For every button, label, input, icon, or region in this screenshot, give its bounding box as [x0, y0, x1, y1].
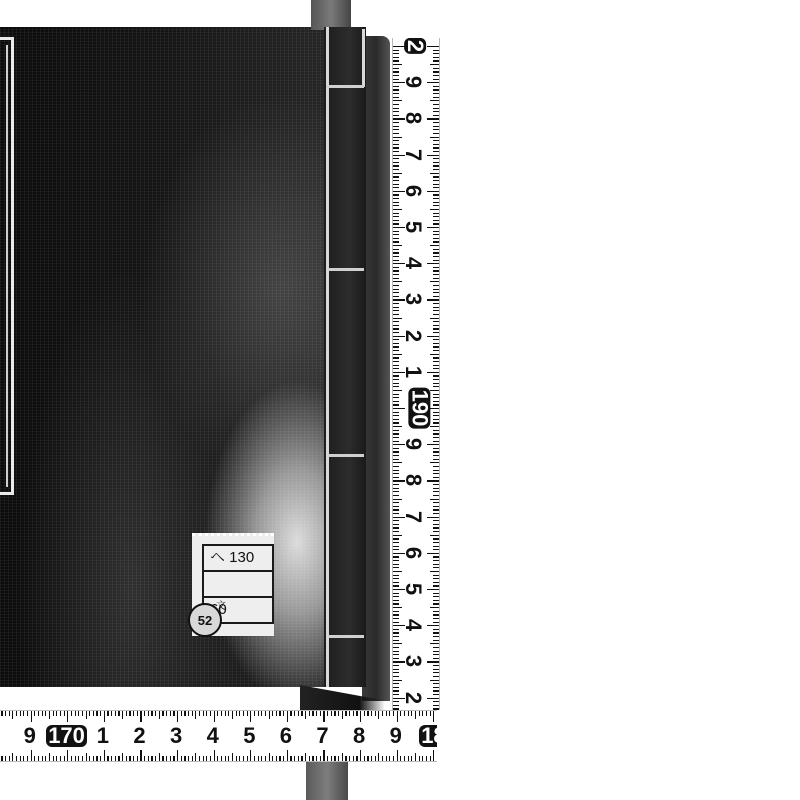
- ruler-tick: [433, 292, 439, 293]
- ruler-tick: [433, 560, 439, 561]
- ruler-tick: [433, 151, 439, 152]
- ruler-tick: [433, 488, 439, 489]
- ruler-tick: [148, 756, 149, 761]
- ruler-tick: [312, 756, 313, 761]
- ruler-tick: [192, 711, 193, 716]
- ruler-tick: [433, 256, 439, 257]
- ruler-tick: [393, 281, 402, 282]
- ruler-tick: [393, 484, 399, 485]
- ruler-tick: [433, 198, 439, 199]
- ruler-tick: [433, 531, 439, 532]
- ruler-tick: [389, 756, 390, 761]
- ruler-tick: [393, 223, 399, 224]
- ruler-tick: [430, 499, 439, 500]
- ruler-tick: [433, 513, 439, 514]
- ruler-tick: [393, 694, 399, 695]
- ruler-tick: [393, 441, 399, 442]
- ruler-tick: [430, 100, 439, 101]
- ruler-tick: [393, 245, 402, 246]
- ruler-tick: [221, 756, 222, 761]
- ruler-tick: [140, 711, 141, 722]
- ruler-tick: [342, 711, 343, 719]
- ruler-tick: [345, 756, 346, 761]
- ruler-tick: [411, 711, 412, 716]
- ruler-tick: [181, 756, 182, 761]
- ruler-tick: [316, 756, 317, 761]
- ruler-tick: [427, 263, 439, 264]
- ruler-tick: [433, 495, 439, 496]
- ruler-tick: [393, 129, 399, 130]
- ruler-tick: [433, 564, 439, 565]
- ruler-tick: [31, 750, 32, 761]
- ruler-tick: [422, 756, 423, 761]
- ruler-tick: [400, 756, 401, 761]
- ruler-tick: [56, 711, 57, 716]
- ruler-tick: [232, 711, 233, 719]
- ruler-label: 18: [419, 725, 437, 747]
- ruler-label: 6: [402, 185, 424, 197]
- ruler-tick: [144, 756, 145, 761]
- ruler-tick: [393, 654, 399, 655]
- ruler-tick: [393, 361, 399, 362]
- ruler-tick: [64, 711, 65, 716]
- ruler-tick: [433, 466, 439, 467]
- ruler-tick: [393, 176, 399, 177]
- ruler-tick: [393, 455, 399, 456]
- ruler-tick: [393, 422, 399, 423]
- ruler-tick: [107, 711, 108, 716]
- ruler-tick: [20, 756, 21, 761]
- ruler-label: 9: [402, 438, 424, 450]
- ruler-tick: [393, 173, 402, 174]
- ruler-tick: [140, 750, 141, 761]
- ruler-tick: [393, 205, 399, 206]
- ruler-tick: [433, 401, 439, 402]
- ruler-tick: [331, 756, 332, 761]
- ruler-tick: [433, 361, 439, 362]
- ruler-tick: [254, 756, 255, 761]
- ruler-tick: [349, 756, 350, 761]
- ruler-tick: [433, 357, 439, 358]
- ruler-tick: [393, 285, 399, 286]
- ruler-tick: [422, 711, 423, 716]
- ruler-tick: [203, 711, 204, 716]
- ruler-tick: [393, 249, 399, 250]
- ruler-tick: [382, 756, 383, 761]
- ruler-tick: [433, 654, 439, 655]
- ruler-tick: [433, 502, 439, 503]
- ruler-tick: [221, 711, 222, 716]
- ruler-label: 3: [402, 655, 424, 667]
- ruler-tick: [393, 278, 399, 279]
- ruler-label: 2: [404, 38, 426, 54]
- ruler-tick: [433, 158, 439, 159]
- ruler-tick: [327, 711, 328, 716]
- ruler-tick: [393, 133, 399, 134]
- ruler-tick: [433, 122, 439, 123]
- ruler-tick: [433, 260, 439, 261]
- ruler-tick: [56, 756, 57, 761]
- ruler-tick: [309, 756, 310, 761]
- ruler-tick: [433, 575, 439, 576]
- ruler-tick: [433, 339, 439, 340]
- ruler-tick: [433, 216, 439, 217]
- ruler-tick: [393, 560, 399, 561]
- ruler-tick: [419, 756, 420, 761]
- ruler-tick: [393, 426, 402, 427]
- ruler-tick: [393, 89, 399, 90]
- ruler-tick: [393, 531, 399, 532]
- ruler-tick: [393, 140, 399, 141]
- ruler-tick: [430, 607, 439, 608]
- ruler-label: 190: [408, 388, 430, 429]
- ruler-tick: [393, 488, 399, 489]
- ruler-tick: [433, 165, 439, 166]
- ruler-tick: [89, 756, 90, 761]
- ruler-tick: [393, 354, 402, 355]
- ruler-tick: [386, 711, 387, 716]
- ruler-tick: [433, 184, 439, 185]
- ruler-tick: [433, 307, 439, 308]
- ruler-tick: [393, 513, 399, 514]
- ruler-tick: [427, 625, 439, 626]
- ruler-tick: [236, 756, 237, 761]
- ruler-tick: [393, 603, 399, 604]
- ruler-tick: [320, 711, 321, 716]
- ruler-tick: [393, 209, 402, 210]
- ruler-tick: [393, 538, 399, 539]
- ruler-tick: [42, 756, 43, 761]
- ruler-label: 6: [402, 547, 424, 559]
- ruler-tick: [133, 711, 134, 716]
- ruler-tick: [393, 651, 399, 652]
- ruler-tick: [345, 711, 346, 716]
- ruler-tick: [433, 404, 439, 405]
- ruler-tick: [430, 756, 431, 761]
- ruler-tick: [312, 711, 313, 716]
- ruler-tick: [430, 64, 439, 65]
- ruler-tick: [393, 394, 399, 395]
- ruler-tick: [433, 238, 439, 239]
- ruler-tick: [356, 756, 357, 761]
- ruler-tick: [367, 756, 368, 761]
- ruler-tick: [433, 484, 439, 485]
- ruler-tick: [250, 750, 251, 761]
- ruler-tick: [433, 314, 439, 315]
- ruler-tick: [148, 711, 149, 716]
- ruler-tick: [433, 672, 439, 673]
- ruler-tick: [195, 711, 196, 719]
- ruler-tick: [217, 711, 218, 716]
- ruler-tick: [393, 556, 399, 557]
- ruler-tick: [71, 756, 72, 761]
- ruler-tick: [75, 711, 76, 716]
- ruler-tick: [393, 202, 399, 203]
- ruler-tick: [393, 165, 399, 166]
- ruler-tick: [393, 412, 399, 413]
- ruler-tick: [433, 415, 439, 416]
- ruler-tick: [192, 756, 193, 761]
- ruler-tick: [393, 408, 405, 409]
- ruler-tick: [393, 350, 399, 351]
- ruler-tick: [243, 756, 244, 761]
- ruler-tick: [86, 711, 87, 719]
- ruler-tick: [111, 711, 112, 716]
- ruler-tick: [427, 299, 439, 300]
- ruler-tick: [64, 756, 65, 761]
- binding-thread-vertical: [326, 27, 329, 687]
- ruler-tick: [364, 756, 365, 761]
- ruler-tick: [433, 603, 439, 604]
- ruler-tick: [393, 97, 399, 98]
- ruler-tick: [393, 343, 399, 344]
- ruler-tick: [427, 553, 439, 554]
- ruler-tick: [433, 234, 439, 235]
- ruler-tick: [415, 711, 416, 719]
- ruler-tick: [93, 711, 94, 716]
- ruler-tick: [393, 115, 399, 116]
- ruler-label: 2: [133, 725, 145, 747]
- ruler-tick: [393, 274, 399, 275]
- ruler-tick: [393, 524, 399, 525]
- ruler-tick: [34, 756, 35, 761]
- ruler-tick: [393, 701, 399, 702]
- ruler-label: 4: [207, 725, 219, 747]
- ruler-tick: [199, 756, 200, 761]
- ruler-tick: [433, 506, 439, 507]
- ruler-tick: [433, 252, 439, 253]
- ruler-tick: [427, 82, 439, 83]
- ruler-label: 170: [46, 725, 87, 747]
- ruler-tick: [393, 756, 394, 761]
- ruler-tick: [217, 756, 218, 761]
- ruler-tick: [433, 578, 439, 579]
- ruler-label: 2: [402, 329, 424, 341]
- ruler-tick: [393, 437, 399, 438]
- ruler-tick: [393, 622, 399, 623]
- ruler-tick: [393, 50, 399, 51]
- ruler-tick: [228, 756, 229, 761]
- ruler-tick: [290, 756, 291, 761]
- ruler-tick: [356, 711, 357, 716]
- ruler-tick: [397, 711, 398, 722]
- ruler-tick: [67, 711, 68, 722]
- ruler-label: 5: [243, 725, 255, 747]
- ruler-tick: [433, 220, 439, 221]
- ruler-tick: [393, 57, 399, 58]
- ruler-tick: [393, 267, 399, 268]
- ruler-tick: [393, 415, 399, 416]
- ruler-tick: [433, 750, 434, 761]
- ruler-label: 7: [316, 725, 328, 747]
- ruler-tick: [93, 756, 94, 761]
- ruler-tick: [287, 711, 288, 722]
- ruler-tick: [60, 756, 61, 761]
- ruler-tick: [393, 459, 399, 460]
- ruler-tick: [162, 711, 163, 716]
- ruler-tick: [393, 705, 399, 706]
- ruler-tick: [433, 249, 439, 250]
- ruler-tick: [433, 520, 439, 521]
- ruler-tick: [393, 585, 399, 586]
- ruler-tick: [393, 147, 399, 148]
- ruler-tick: [298, 756, 299, 761]
- ruler-tick: [430, 137, 439, 138]
- ruler-tick: [393, 213, 399, 214]
- ruler-tick: [433, 600, 439, 601]
- ruler-tick: [338, 711, 339, 716]
- ruler-tick: [258, 711, 259, 716]
- ruler-tick: [393, 567, 399, 568]
- ruler-tick: [393, 383, 399, 384]
- ruler-tick: [433, 93, 439, 94]
- ruler-tick: [433, 647, 439, 648]
- ruler-tick: [393, 636, 399, 637]
- ruler-tick: [269, 753, 270, 761]
- ruler-tick: [430, 571, 439, 572]
- ruler-tick: [433, 147, 439, 148]
- ruler-tick: [433, 115, 439, 116]
- ruler-tick: [433, 383, 439, 384]
- ruler-tick: [96, 756, 97, 761]
- ruler-tick: [393, 86, 399, 87]
- ruler-tick: [433, 111, 439, 112]
- ruler-tick: [71, 711, 72, 716]
- ruler-tick: [316, 711, 317, 716]
- ruler-tick: [173, 711, 174, 716]
- ruler-tick: [433, 274, 439, 275]
- ruler-tick: [433, 556, 439, 557]
- ruler-tick: [433, 241, 439, 242]
- ruler-tick: [137, 756, 138, 761]
- ruler-tick: [393, 669, 399, 670]
- ruler-tick: [166, 711, 167, 716]
- ruler-tick: [349, 711, 350, 716]
- ruler-tick: [353, 711, 354, 716]
- ruler-tick: [433, 491, 439, 492]
- ruler-tick: [279, 711, 280, 716]
- ruler-tick: [393, 687, 399, 688]
- ruler-tick: [393, 419, 399, 420]
- ruler-tick: [31, 711, 32, 722]
- ruler-tick: [433, 379, 439, 380]
- ruler-tick: [433, 346, 439, 347]
- ruler-tick: [433, 585, 439, 586]
- ruler-tick: [393, 390, 402, 391]
- ruler-tick: [327, 756, 328, 761]
- ruler-tick: [206, 711, 207, 716]
- ruler-tick: [5, 711, 6, 716]
- ruler-tick: [115, 756, 116, 761]
- ruler-tick: [393, 611, 399, 612]
- ruler-tick: [393, 151, 399, 152]
- ruler-tick: [371, 711, 372, 716]
- ruler-tick: [433, 202, 439, 203]
- ruler-label: 3: [402, 293, 424, 305]
- ruler-tick: [250, 711, 251, 722]
- ruler-tick: [301, 711, 302, 716]
- ruler-tick: [393, 658, 399, 659]
- ruler-tick: [320, 756, 321, 761]
- ruler-tick: [23, 711, 24, 716]
- ruler-tick: [433, 350, 439, 351]
- ruler-tick: [393, 404, 399, 405]
- ruler-tick: [408, 711, 409, 716]
- ruler-tick: [393, 397, 399, 398]
- ruler-tick: [309, 711, 310, 716]
- ruler-tick: [433, 328, 439, 329]
- ruler-tick: [393, 499, 402, 500]
- ruler-tick: [155, 756, 156, 761]
- ruler-tick: [433, 683, 439, 684]
- ruler-tick: [433, 162, 439, 163]
- ruler-tick: [393, 451, 399, 452]
- ruler-tick: [393, 491, 399, 492]
- ruler-tick: [433, 53, 439, 54]
- binding-stitch-3: [328, 454, 364, 457]
- ruler-tick: [433, 459, 439, 460]
- label-row-2: [204, 572, 272, 598]
- ruler-tick: [195, 753, 196, 761]
- ruler-tick: [375, 711, 376, 716]
- ruler-tick: [214, 750, 215, 761]
- ruler-tick: [283, 711, 284, 716]
- ruler-label: 9: [24, 725, 36, 747]
- holding-strap-bottom: [306, 760, 348, 800]
- ruler-tick: [433, 89, 439, 90]
- ruler-tick: [214, 711, 215, 722]
- ruler-tick: [393, 310, 399, 311]
- ruler-tick: [393, 162, 399, 163]
- ruler-label: 1: [97, 725, 109, 747]
- ruler-tick: [400, 711, 401, 716]
- ruler-tick: [427, 444, 439, 445]
- ruler-tick: [393, 632, 399, 633]
- ruler-tick: [393, 321, 399, 322]
- spine-edge: [362, 36, 390, 701]
- ruler-tick: [49, 753, 50, 761]
- ruler-tick: [232, 753, 233, 761]
- ruler-tick: [433, 470, 439, 471]
- ruler-tick: [100, 711, 101, 716]
- ruler-tick: [433, 437, 439, 438]
- ruler-tick: [433, 451, 439, 452]
- ruler-label: 8: [353, 725, 365, 747]
- ruler-tick: [433, 129, 439, 130]
- ruler-tick: [433, 213, 439, 214]
- ruler-tick: [9, 711, 10, 716]
- ruler-tick: [433, 477, 439, 478]
- binding-stitch-2: [328, 268, 364, 271]
- ruler-tick: [433, 629, 439, 630]
- ruler-tick: [378, 753, 379, 761]
- ruler-tick: [393, 596, 399, 597]
- ruler-tick: [430, 281, 439, 282]
- ruler-tick: [393, 339, 399, 340]
- ruler-tick: [393, 270, 399, 271]
- ruler-tick: [89, 711, 90, 716]
- ruler-tick: [45, 756, 46, 761]
- ruler-tick: [393, 260, 399, 261]
- ruler-tick: [393, 495, 399, 496]
- ruler-tick: [430, 354, 439, 355]
- ruler-tick: [433, 285, 439, 286]
- holding-strap-top: [311, 0, 351, 30]
- ruler-tick: [129, 756, 130, 761]
- ruler-tick: [393, 357, 399, 358]
- ruler-tick: [433, 593, 439, 594]
- ruler-tick: [393, 365, 399, 366]
